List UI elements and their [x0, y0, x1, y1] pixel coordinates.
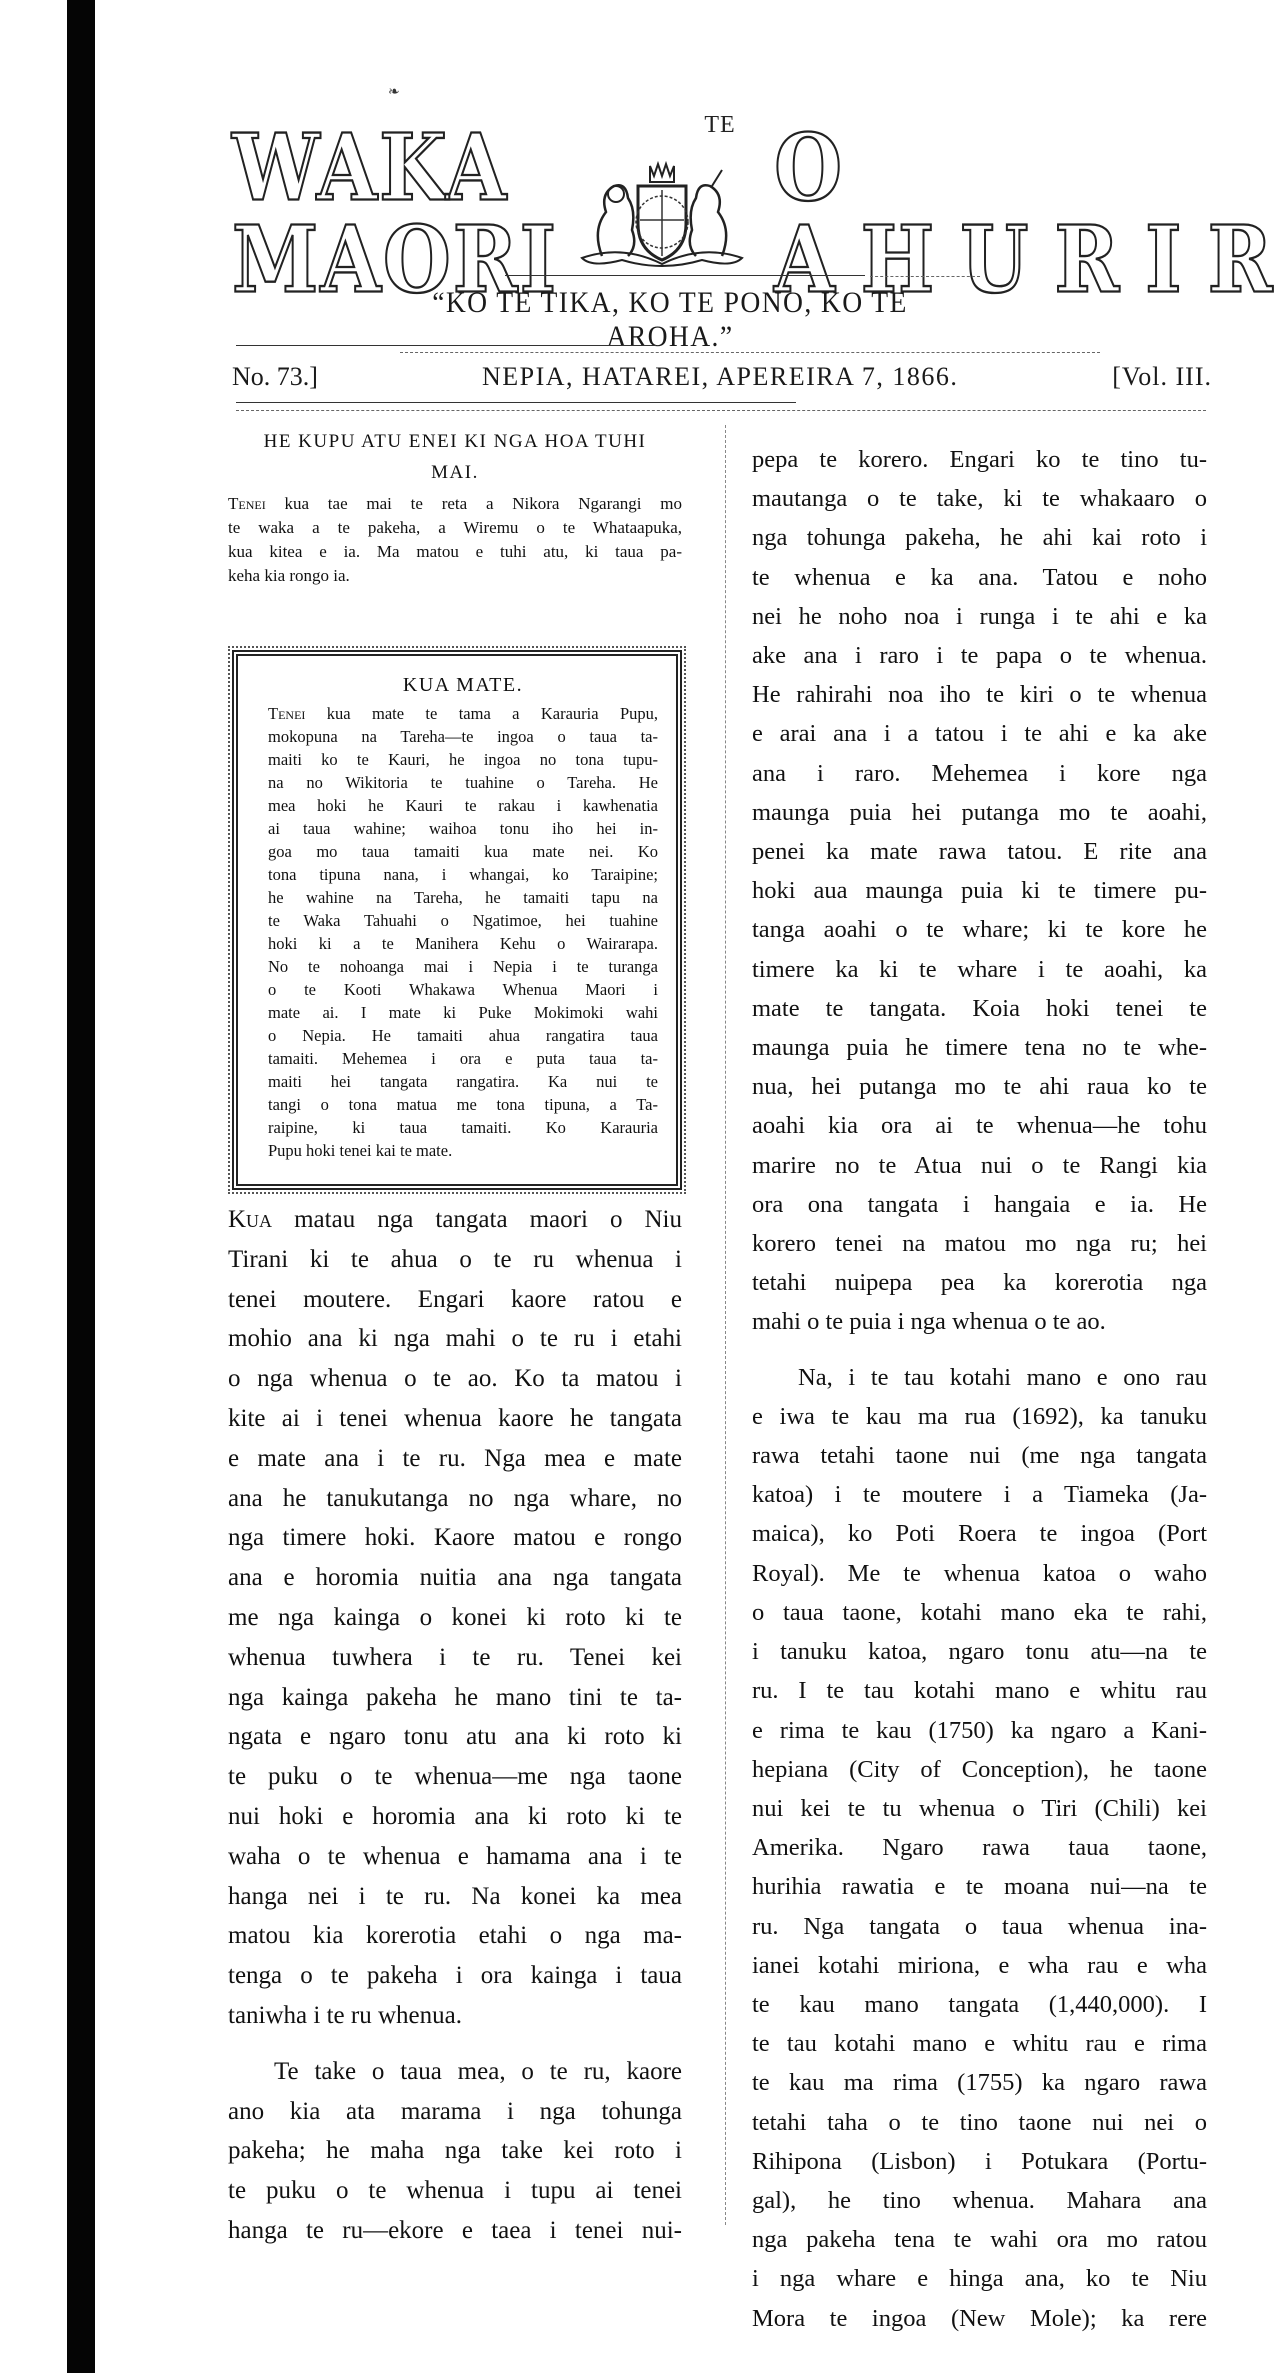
masthead-title-left: WAKA MAORI [232, 123, 558, 307]
article-paragraph-3: pepa te korero. Engari ko te tino tu- ma… [752, 440, 1207, 1342]
article-paragraph-1: Kua matau nga tangata maori o Niu Tirani… [228, 1200, 682, 2036]
motto-rule-dotted [400, 352, 1100, 353]
obituary-body: Tenei kua mate te tama a Karauria Pupu, … [268, 702, 658, 1162]
notice-body: Tenei kua tae mai te reta a Nikora Ngara… [228, 492, 682, 588]
issue-rule-dotted [236, 410, 1206, 411]
obituary-title: KUA MATE. [268, 668, 658, 702]
masthead-te: TE [690, 112, 750, 139]
article-left-column: Kua matau nga tangata maori o Niu Tirani… [228, 1200, 682, 2251]
newspaper-page: ❧ TE WAKA MAORI O AHURIRI, “KO TE TIKA, … [0, 0, 1280, 2373]
masthead-rule-dotted [870, 276, 980, 277]
notice-section: HE KUPU ATU ENEI KI NGA HOA TUHI MAI. Te… [228, 420, 682, 588]
obituary-lead-word: Tenei [268, 704, 305, 723]
notice-heading: HE KUPU ATU ENEI KI NGA HOA TUHI MAI. [228, 426, 682, 488]
article-lead-word: Kua [228, 1206, 272, 1233]
masthead-title: WAKA MAORI O AHURIRI, [232, 160, 1222, 270]
masthead-title-right: O AHURIRI, [774, 123, 1280, 307]
notice-lead-word: Tenei [228, 494, 266, 513]
article-paragraph-2: Te take o taua mea, o te ru, kaore ano k… [228, 2052, 682, 2251]
issue-line: No. 73.] NEPIA, HATAREI, APEREIRA 7, 186… [232, 362, 1212, 402]
issue-number: No. 73.] [232, 362, 318, 392]
royal-coat-of-arms-icon [562, 160, 762, 270]
issue-rule [236, 402, 796, 403]
issue-place-date: NEPIA, HATAREI, APEREIRA 7, 1866. [482, 362, 958, 392]
issue-volume: [Vol. III. [1112, 362, 1212, 392]
motto: “KO TE TIKA, KO TE PONO, KO TE AROHA.” [394, 286, 946, 354]
ink-speck-icon: ❧ [388, 84, 400, 101]
article-right-column: pepa te korero. Engari ko te tino tu- ma… [752, 440, 1207, 2338]
obituary-box: KUA MATE. Tenei kua mate te tama a Karau… [232, 650, 682, 1190]
column-divider [725, 425, 726, 2225]
motto-rule [236, 345, 656, 346]
article-paragraph-4: Na, i te tau kotahi mano e ono rau e iwa… [752, 1358, 1207, 2338]
masthead-rule [505, 275, 865, 276]
